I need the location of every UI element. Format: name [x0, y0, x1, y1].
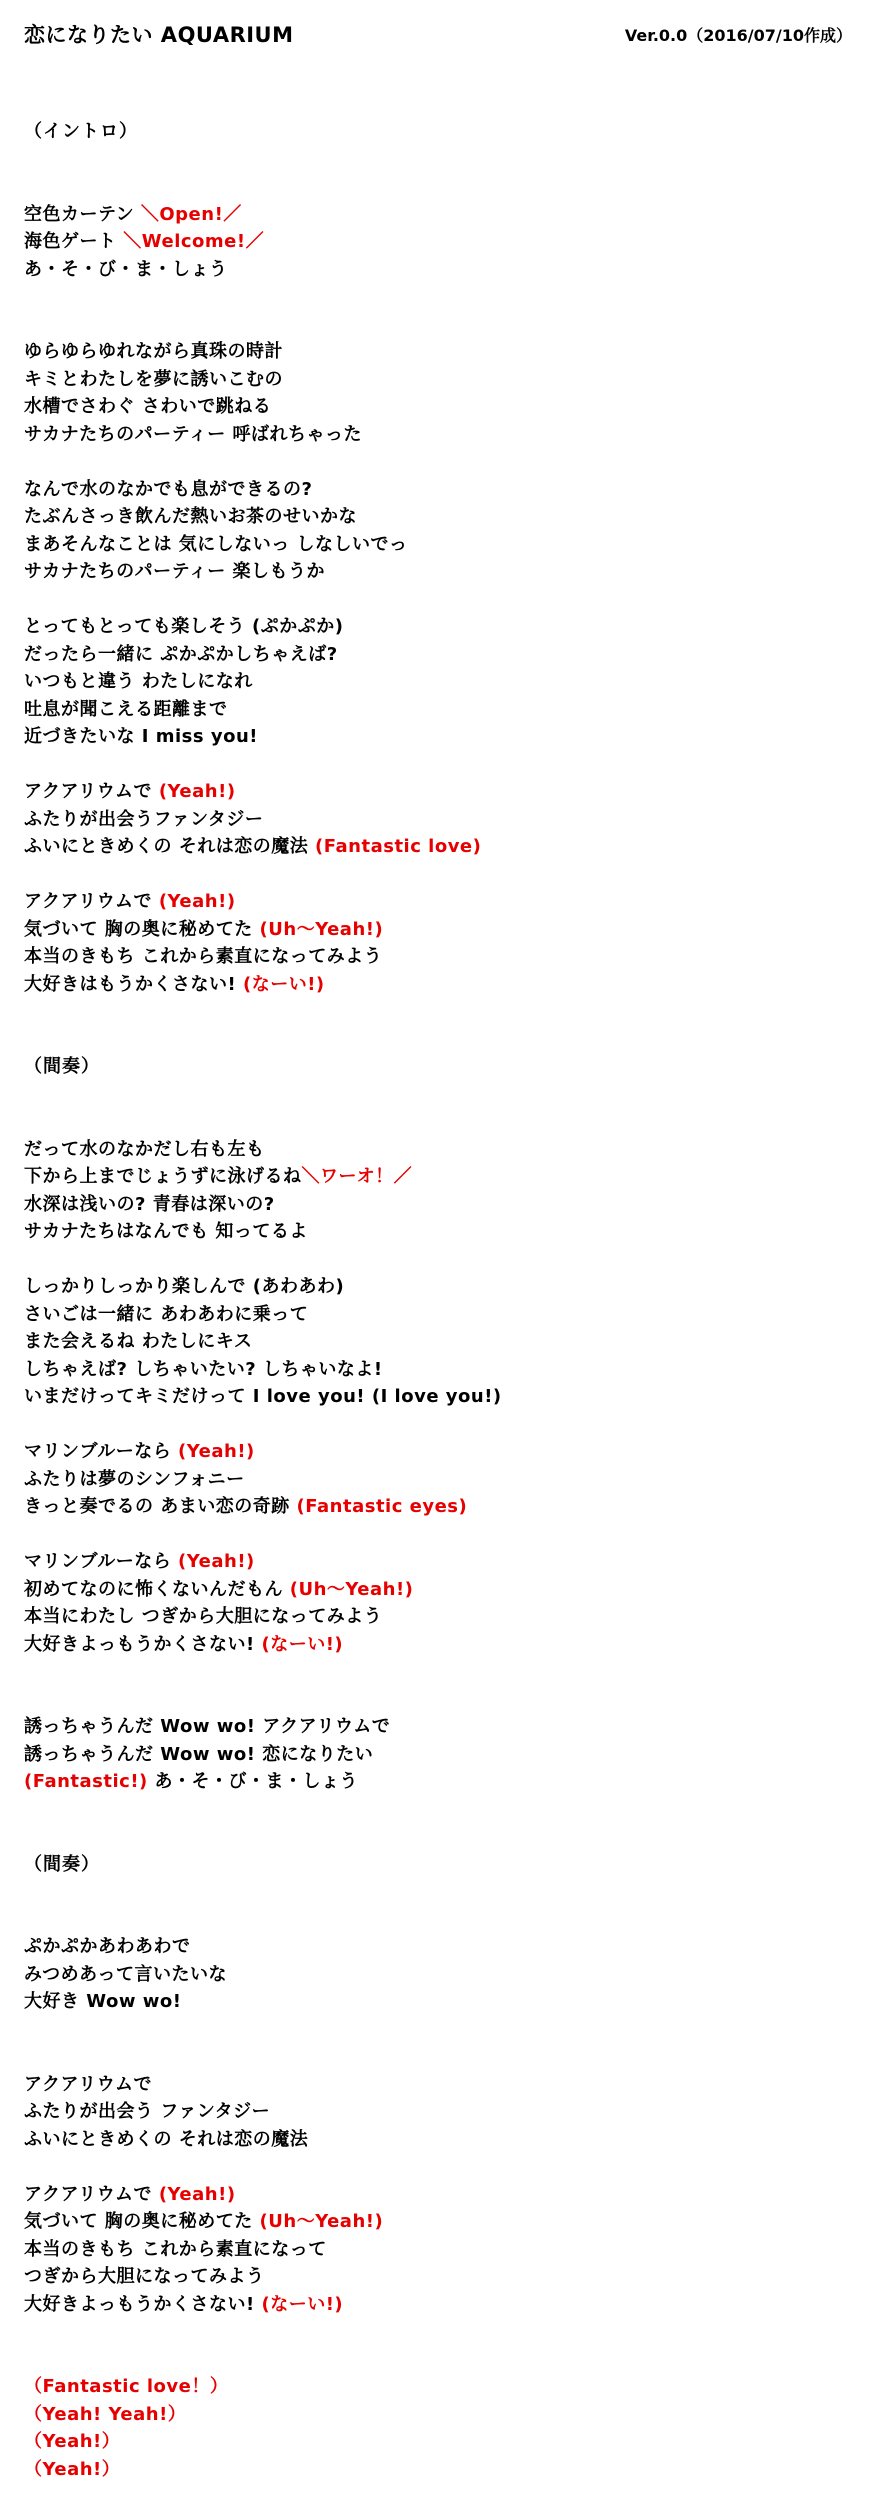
lyric-line: 本当のきもち これから素直になって — [24, 2236, 880, 2264]
lyric-segment: 空色カーテン — [24, 204, 141, 225]
lyric-line: アクアリウムで (Yeah!) — [24, 888, 880, 916]
lyric-line: きっと奏でるの あまい恋の奇跡 (Fantastic eyes) — [24, 1493, 880, 1521]
lyric-segment: 本当にわたし つぎから大胆になってみよう — [24, 1606, 382, 1627]
stanza: アクアリウムでふたりが出会う ファンタジーふいにときめくの それは恋の魔法 — [24, 2071, 880, 2154]
lyric-segment-red: (Uh～Yeah!) — [260, 919, 384, 940]
lyric-segment: つぎから大胆になってみよう — [24, 2266, 265, 2287]
stanza: ゆらゆらゆれながら真珠の時計キミとわたしを夢に誘いこむの水槽でさわぐ さわいで跳… — [24, 338, 880, 448]
stanza: だって水のなかだし右も左も下から上までじょうずに泳げるね＼ワーオ！／水深は浅いの… — [24, 1136, 880, 1246]
lyric-line: しちゃえば? しちゃいたい? しちゃいなよ! — [24, 1356, 880, 1384]
lyric-line: 誘っちゃうんだ Wow wo! アクアリウムで — [24, 1713, 880, 1741]
lyric-line: ふたりは夢のシンフォニー — [24, 1466, 880, 1494]
lyric-segment: ふたりが出会う ファンタジー — [24, 2101, 270, 2122]
lyric-line: （Yeah!） — [24, 2428, 880, 2456]
lyric-segment: ぷかぷかあわあわで — [24, 1936, 191, 1957]
lyric-segment: みつめあって言いたいな — [24, 1964, 227, 1985]
lyric-segment: 下から上までじょうずに泳げるね — [24, 1166, 302, 1187]
lyric-segment: 大好き Wow wo! — [24, 1991, 181, 2012]
lyric-segment: 吐息が聞こえる距離まで — [24, 699, 228, 720]
lyric-segment: （間奏） — [24, 1056, 100, 1077]
lyric-segment-red: (Fantastic!) — [24, 1771, 148, 1792]
lyric-segment: 海色ゲート — [24, 231, 123, 252]
lyric-line: つぎから大胆になってみよう — [24, 2263, 880, 2291]
lyric-line: （Fantastic love！） — [24, 2373, 880, 2401]
lyric-line: 大好き Wow wo! — [24, 1988, 880, 2016]
stanza: とってもとっても楽しそう (ぷかぷか)だったら一緒に ぷかぷかしちゃえば?いつも… — [24, 613, 880, 751]
lyric-line: キミとわたしを夢に誘いこむの — [24, 366, 880, 394]
lyric-segment: まあそんなことは 気にしないっ しなしいでっ — [24, 534, 408, 555]
lyric-line: マリンブルーなら (Yeah!) — [24, 1438, 880, 1466]
lyric-segment: しちゃえば? しちゃいたい? しちゃいなよ! — [24, 1359, 383, 1380]
lyric-segment: とってもとっても楽しそう (ぷかぷか) — [24, 616, 344, 637]
lyric-line: ふたりが出会う ファンタジー — [24, 2098, 880, 2126]
stanza: アクアリウムで (Yeah!)気づいて 胸の奥に秘めてた (Uh～Yeah!)本… — [24, 888, 880, 998]
lyric-line: 誘っちゃうんだ Wow wo! 恋になりたい — [24, 1741, 880, 1769]
lyric-segment-red: （Yeah!） — [24, 2459, 120, 2480]
section-marker: （間奏） — [24, 1053, 880, 1081]
lyric-segment-red: （Yeah! Yeah!） — [24, 2404, 186, 2425]
lyric-segment: さいごは一緒に あわあわに乗って — [24, 1304, 308, 1325]
lyric-segment: （間奏） — [24, 1854, 100, 1875]
lyric-line: 大好きはもうかくさない! (なーい!) — [24, 971, 880, 999]
lyric-line: なんで水のなかでも息ができるの? — [24, 476, 880, 504]
lyric-segment: アクアリウムで — [24, 2184, 159, 2205]
lyric-segment: 近づきたいな I miss you! — [24, 726, 258, 747]
lyric-segment: いまだけってキミだけって I love you! (I love you!) — [24, 1386, 502, 1407]
lyric-line: 空色カーテン ＼Open!／ — [24, 201, 880, 229]
lyric-segment-red: (Uh～Yeah!) — [260, 2211, 384, 2232]
lyrics-sheet: 恋になりたい AQUARIUM Ver.0.0（2016/07/10作成） （イ… — [0, 0, 880, 2483]
lyric-segment: 誘っちゃうんだ Wow wo! 恋になりたい — [24, 1744, 373, 1765]
stanza: アクアリウムで (Yeah!)ふたりが出会うファンタジーふいにときめくの それは… — [24, 778, 880, 861]
lyric-line: ふいにときめくの それは恋の魔法 — [24, 2126, 880, 2154]
lyric-segment: 本当のきもち これから素直になって — [24, 2239, 327, 2260]
lyric-segment: アクアリウムで — [24, 891, 159, 912]
lyric-segment: サカナたちのパーティー 楽しもうか — [24, 561, 325, 582]
lyrics-body: （イントロ）空色カーテン ＼Open!／海色ゲート ＼Welcome!／あ・そ・… — [24, 118, 880, 2483]
lyric-line: 本当にわたし つぎから大胆になってみよう — [24, 1603, 880, 1631]
lyric-line: たぶんさっき飲んだ熱いお茶のせいかな — [24, 503, 880, 531]
page-title: 恋になりたい AQUARIUM — [24, 22, 294, 48]
lyric-line: ゆらゆらゆれながら真珠の時計 — [24, 338, 880, 366]
section-marker-line: （イントロ） — [24, 118, 880, 146]
stanza: しっかりしっかり楽しんで (あわあわ)さいごは一緒に あわあわに乗ってまた会える… — [24, 1273, 880, 1411]
lyric-segment-red: ＼Open!／ — [141, 204, 242, 225]
lyric-segment: 本当のきもち これから素直になってみよう — [24, 946, 382, 967]
lyric-line: あ・そ・び・ま・しょう — [24, 256, 880, 284]
lyric-line: (Fantastic!) あ・そ・び・ま・しょう — [24, 1768, 880, 1796]
lyric-segment-red: （Fantastic love！） — [24, 2376, 228, 2397]
lyric-segment: ゆらゆらゆれながら真珠の時計 — [24, 341, 283, 362]
lyric-segment: いつもと違う わたしになれ — [24, 671, 253, 692]
lyric-segment-red: (なーい!) — [243, 974, 325, 995]
lyric-segment: サカナたちはなんでも 知ってるよ — [24, 1221, 308, 1242]
lyric-line: 大好きよっもうかくさない! (なーい!) — [24, 2291, 880, 2319]
lyric-line: とってもとっても楽しそう (ぷかぷか) — [24, 613, 880, 641]
lyric-segment: マリンブルーなら — [24, 1441, 178, 1462]
lyric-segment-red: (Yeah!) — [178, 1551, 255, 1572]
stanza: なんで水のなかでも息ができるの?たぶんさっき飲んだ熱いお茶のせいかなまあそんなこ… — [24, 476, 880, 586]
lyric-line: ふいにときめくの それは恋の魔法 (Fantastic love) — [24, 833, 880, 861]
lyric-line: 水槽でさわぐ さわいで跳ねる — [24, 393, 880, 421]
lyric-line: だったら一緒に ぷかぷかしちゃえば? — [24, 641, 880, 669]
lyric-segment: また会えるね わたしにキス — [24, 1331, 252, 1352]
version-label: Ver.0.0（2016/07/10作成） — [625, 22, 852, 47]
lyric-line: しっかりしっかり楽しんで (あわあわ) — [24, 1273, 880, 1301]
lyric-segment-red: ＼ワーオ！／ — [302, 1166, 413, 1187]
stanza: ぷかぷかあわあわでみつめあって言いたいな大好き Wow wo! — [24, 1933, 880, 2016]
lyric-line: ふたりが出会うファンタジー — [24, 806, 880, 834]
section-marker: （イントロ） — [24, 118, 880, 146]
section-marker-line: （間奏） — [24, 1053, 880, 1081]
lyric-segment-red: （Yeah!） — [24, 2431, 120, 2452]
lyric-segment: 気づいて 胸の奥に秘めてた — [24, 919, 260, 940]
lyric-segment: 大好きよっもうかくさない! — [24, 2294, 261, 2315]
lyric-segment: サカナたちのパーティー 呼ばれちゃった — [24, 424, 362, 445]
stanza: （Fantastic love！）（Yeah! Yeah!）（Yeah!）（Ye… — [24, 2373, 880, 2483]
lyric-line: サカナたちはなんでも 知ってるよ — [24, 1218, 880, 1246]
lyric-segment: ふたりは夢のシンフォニー — [24, 1469, 245, 1490]
lyric-segment: ふいにときめくの それは恋の魔法 — [24, 836, 315, 857]
lyric-segment-red: (なーい!) — [261, 1634, 343, 1655]
lyric-line: 近づきたいな I miss you! — [24, 723, 880, 751]
lyric-line: いつもと違う わたしになれ — [24, 668, 880, 696]
lyric-line: マリンブルーなら (Yeah!) — [24, 1548, 880, 1576]
section-marker: （間奏） — [24, 1851, 880, 1879]
lyric-segment-red: (Fantastic eyes) — [297, 1496, 468, 1517]
doc-header: 恋になりたい AQUARIUM Ver.0.0（2016/07/10作成） — [24, 22, 880, 52]
lyric-segment-red: (なーい!) — [261, 2294, 343, 2315]
lyric-segment-red: (Uh～Yeah!) — [290, 1579, 414, 1600]
lyric-segment: きっと奏でるの あまい恋の奇跡 — [24, 1496, 297, 1517]
stanza: 空色カーテン ＼Open!／海色ゲート ＼Welcome!／あ・そ・び・ま・しょ… — [24, 201, 880, 284]
lyric-line: 大好きよっもうかくさない! (なーい!) — [24, 1631, 880, 1659]
lyric-segment: ふいにときめくの それは恋の魔法 — [24, 2129, 308, 2150]
lyric-line: （Yeah!） — [24, 2456, 880, 2484]
lyric-segment: たぶんさっき飲んだ熱いお茶のせいかな — [24, 506, 357, 527]
stanza: アクアリウムで (Yeah!)気づいて 胸の奥に秘めてた (Uh～Yeah!)本… — [24, 2181, 880, 2319]
lyric-segment: あ・そ・び・ま・しょう — [148, 1771, 358, 1792]
lyric-line: さいごは一緒に あわあわに乗って — [24, 1301, 880, 1329]
lyric-segment: だって水のなかだし右も左も — [24, 1139, 265, 1160]
lyric-segment: だったら一緒に ぷかぷかしちゃえば? — [24, 644, 338, 665]
lyric-segment: アクアリウムで — [24, 781, 159, 802]
lyric-segment-red: (Yeah!) — [178, 1441, 255, 1462]
lyric-segment-red: (Fantastic love) — [315, 836, 481, 857]
lyric-segment-red: ＼Welcome!／ — [123, 231, 264, 252]
stanza: マリンブルーなら (Yeah!)ふたりは夢のシンフォニーきっと奏でるの あまい恋… — [24, 1438, 880, 1521]
lyric-line: みつめあって言いたいな — [24, 1961, 880, 1989]
lyric-line: 下から上までじょうずに泳げるね＼ワーオ！／ — [24, 1163, 880, 1191]
lyric-line: サカナたちのパーティー 楽しもうか — [24, 558, 880, 586]
lyric-segment: 大好きはもうかくさない! — [24, 974, 243, 995]
lyric-segment: （イントロ） — [24, 121, 138, 142]
lyric-segment-red: (Yeah!) — [159, 891, 236, 912]
lyric-segment: ふたりが出会うファンタジー — [24, 809, 263, 830]
lyric-line: アクアリウムで — [24, 2071, 880, 2099]
lyric-segment: 誘っちゃうんだ Wow wo! アクアリウムで — [24, 1716, 390, 1737]
lyric-line: サカナたちのパーティー 呼ばれちゃった — [24, 421, 880, 449]
lyric-segment: 初めてなのに怖くないんだもん — [24, 1579, 290, 1600]
lyric-segment: アクアリウムで — [24, 2074, 152, 2095]
lyric-line: 初めてなのに怖くないんだもん (Uh～Yeah!) — [24, 1576, 880, 1604]
lyric-segment: 水深は浅いの? 青春は深いの? — [24, 1194, 275, 1215]
lyric-segment-red: (Yeah!) — [159, 781, 236, 802]
lyric-segment: キミとわたしを夢に誘いこむの — [24, 369, 283, 390]
lyric-line: アクアリウムで (Yeah!) — [24, 2181, 880, 2209]
lyric-segment: 気づいて 胸の奥に秘めてた — [24, 2211, 260, 2232]
lyric-line: また会えるね わたしにキス — [24, 1328, 880, 1356]
lyric-line: アクアリウムで (Yeah!) — [24, 778, 880, 806]
lyric-line: 気づいて 胸の奥に秘めてた (Uh～Yeah!) — [24, 2208, 880, 2236]
lyric-segment: しっかりしっかり楽しんで (あわあわ) — [24, 1276, 344, 1297]
lyric-segment: なんで水のなかでも息ができるの? — [24, 479, 312, 500]
lyric-line: ぷかぷかあわあわで — [24, 1933, 880, 1961]
lyric-line: まあそんなことは 気にしないっ しなしいでっ — [24, 531, 880, 559]
lyric-line: だって水のなかだし右も左も — [24, 1136, 880, 1164]
lyric-segment: 水槽でさわぐ さわいで跳ねる — [24, 396, 271, 417]
lyric-line: （Yeah! Yeah!） — [24, 2401, 880, 2429]
lyric-segment: 大好きよっもうかくさない! — [24, 1634, 261, 1655]
lyric-segment: マリンブルーなら — [24, 1551, 178, 1572]
lyric-line: 海色ゲート ＼Welcome!／ — [24, 228, 880, 256]
lyric-line: 吐息が聞こえる距離まで — [24, 696, 880, 724]
section-marker-line: （間奏） — [24, 1851, 880, 1879]
lyric-segment-red: (Yeah!) — [159, 2184, 236, 2205]
lyric-line: 本当のきもち これから素直になってみよう — [24, 943, 880, 971]
stanza: 誘っちゃうんだ Wow wo! アクアリウムで誘っちゃうんだ Wow wo! 恋… — [24, 1713, 880, 1796]
lyric-line: 水深は浅いの? 青春は深いの? — [24, 1191, 880, 1219]
lyric-line: いまだけってキミだけって I love you! (I love you!) — [24, 1383, 880, 1411]
lyric-line: 気づいて 胸の奥に秘めてた (Uh～Yeah!) — [24, 916, 880, 944]
stanza: マリンブルーなら (Yeah!)初めてなのに怖くないんだもん (Uh～Yeah!… — [24, 1548, 880, 1658]
lyric-segment: あ・そ・び・ま・しょう — [24, 259, 228, 280]
